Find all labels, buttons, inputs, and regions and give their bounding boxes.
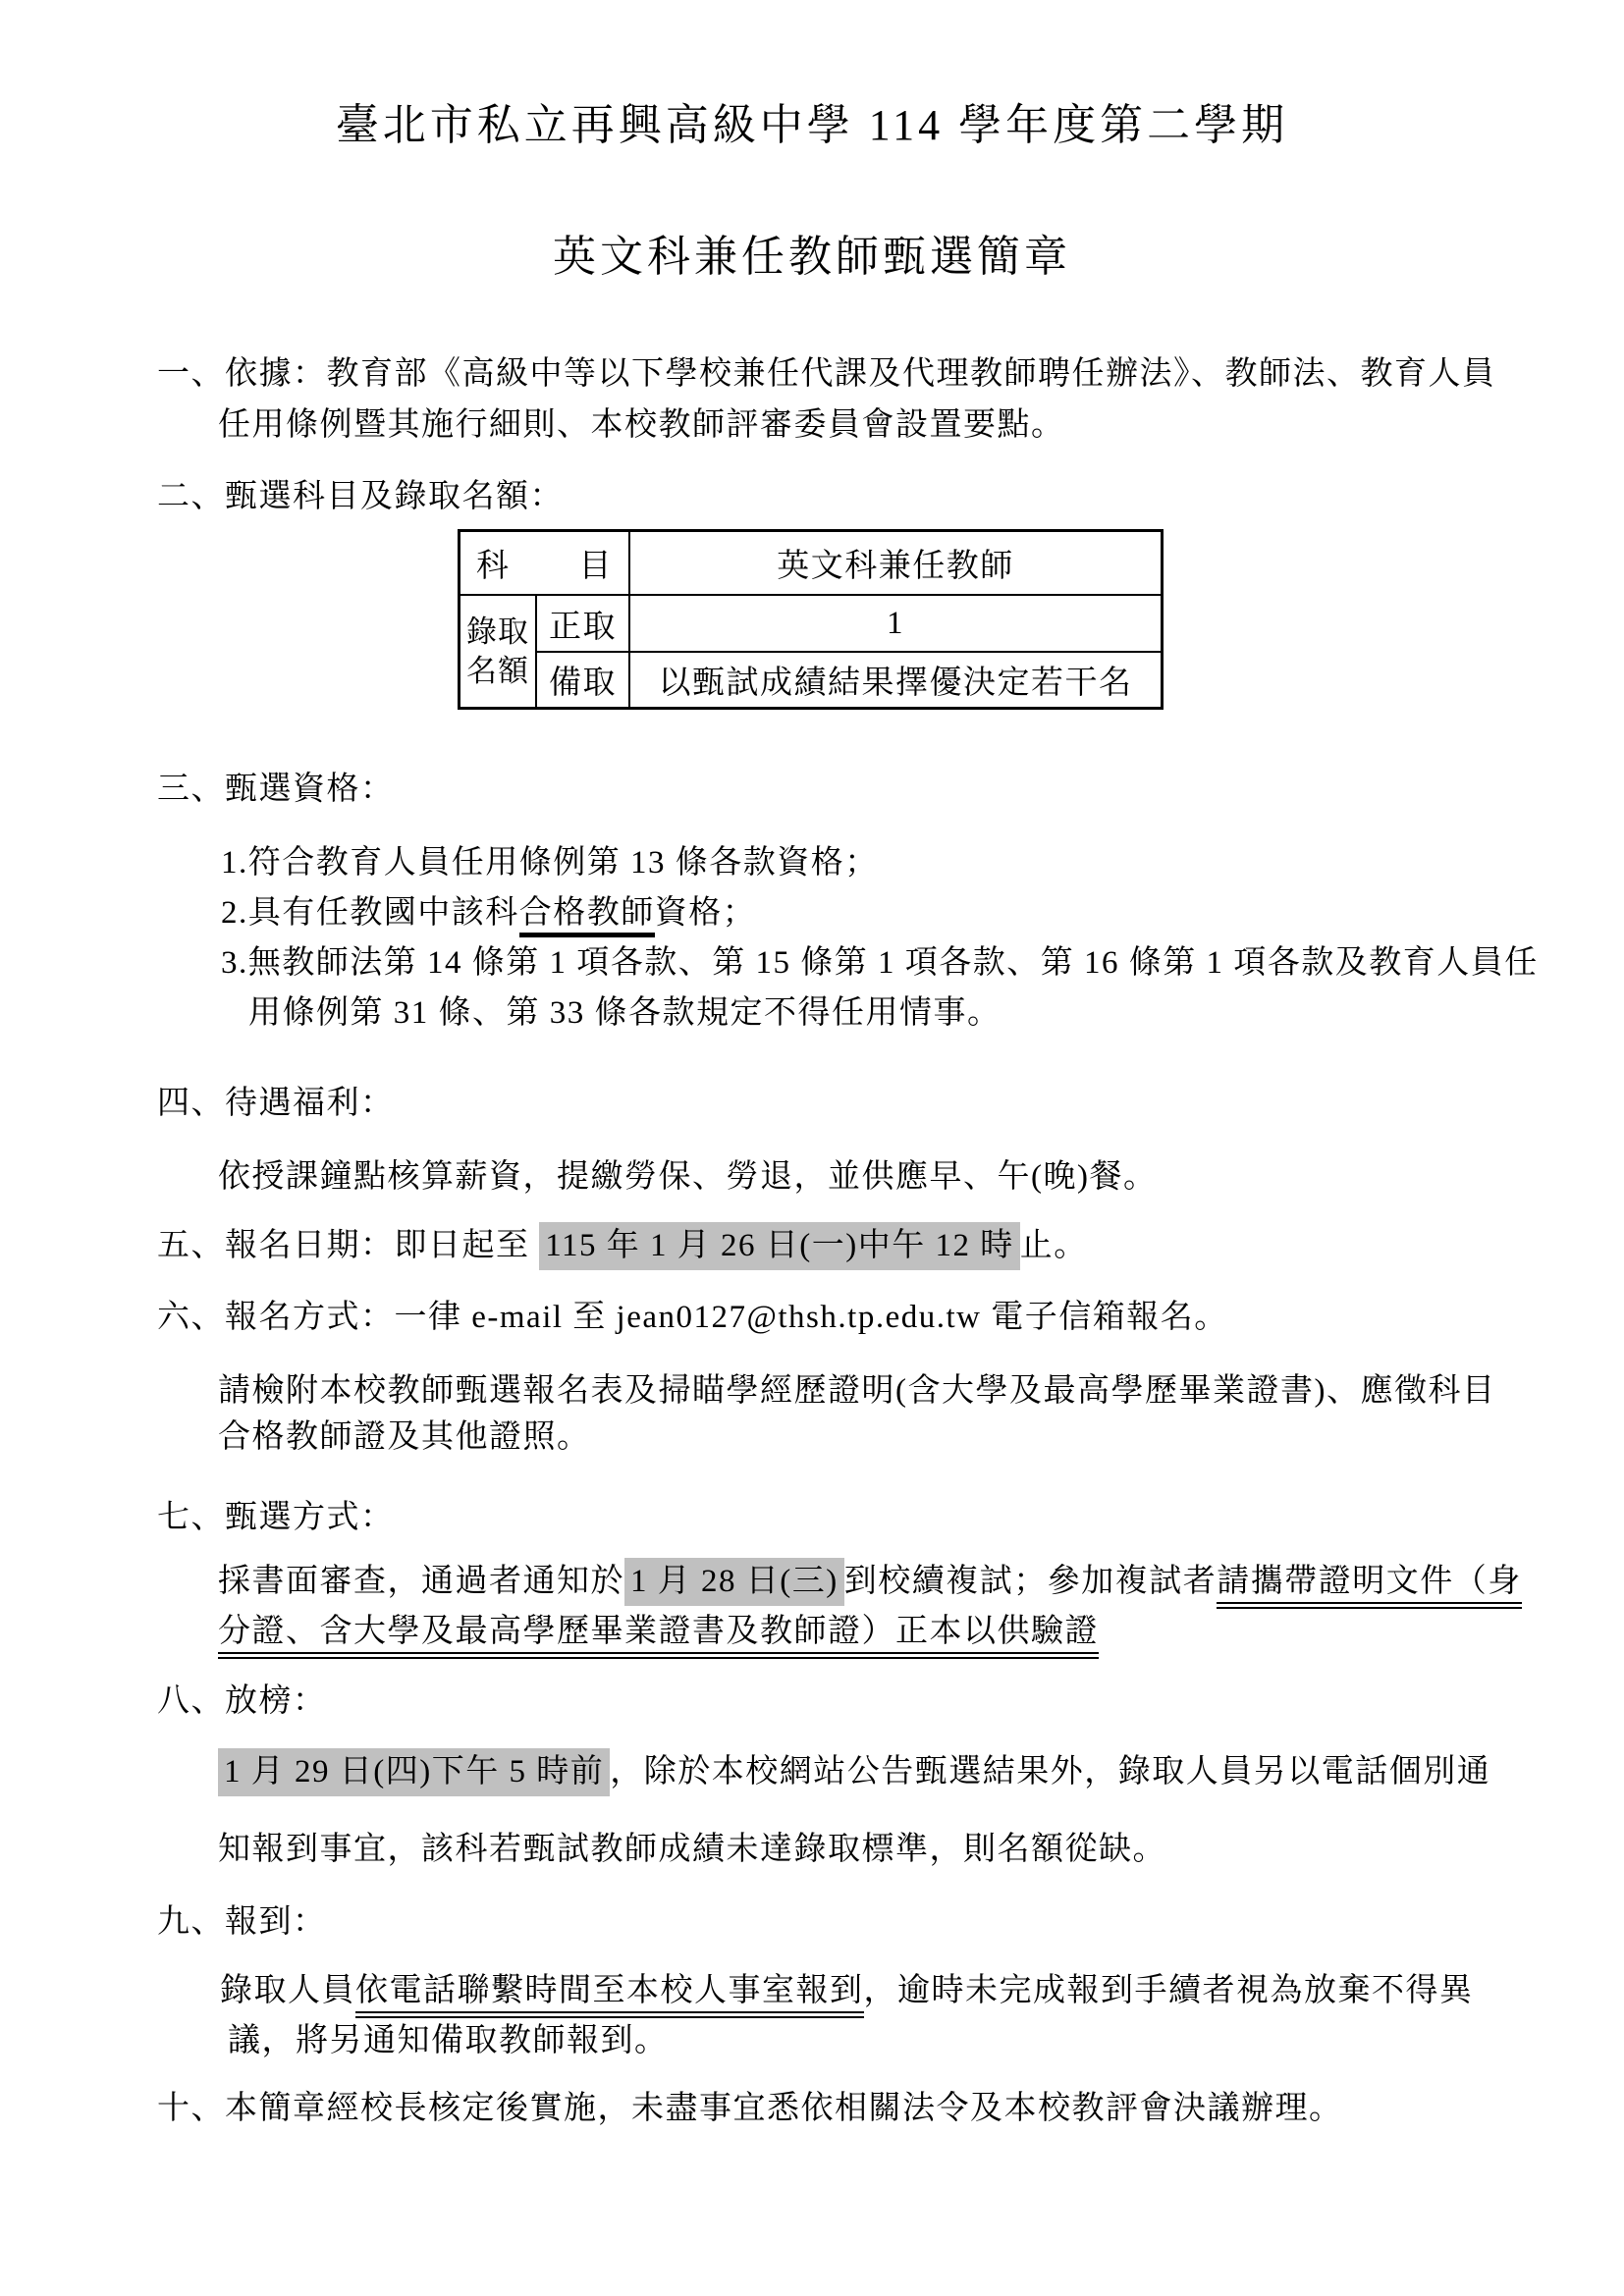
section-6-method-line1: 六、報名方式：一律 e-mail 至 jean0127@thsh.tp.edu.…: [157, 1297, 1228, 1338]
section-3-item1: 1.符合教育人員任用條例第 13 條各款資格；: [221, 842, 879, 883]
section-5-number: 五、: [157, 1228, 225, 1263]
section-2-number: 二、: [157, 479, 225, 514]
section-3-item3-line1: 3.無教師法第 14 條第 1 項各款、第 15 條第 1 項各款、第 16 條…: [221, 942, 1539, 984]
doc-title-line1: 臺北市私立再興高級中學 114 學年度第二學期: [0, 100, 1624, 151]
section-7-number: 七、: [157, 1500, 225, 1535]
quota-table: 科 目 英文科兼任教師 錄取 名額 正取 1 備取 以甄試成績結果擇優決定若干名: [458, 529, 1164, 710]
report-pre: 錄取人員: [220, 1973, 355, 2008]
section-3-heading: 三、甄選資格：: [157, 769, 395, 810]
report-underlined-text: 依電話聯繫時間至本校人事室報到: [355, 1973, 864, 2018]
section-7-heading: 七、甄選方式：: [157, 1497, 395, 1538]
section-5-registration-deadline: 五、報名日期：即日起至 115 年 1 月 26 日(一)中午 12 時止。: [157, 1225, 1088, 1266]
section-4-number: 四、: [157, 1086, 225, 1121]
item2-post: 資格；: [655, 895, 757, 931]
quota-header-line1: 錄取: [466, 613, 529, 652]
section-8-number: 八、: [157, 1683, 225, 1719]
table-cell-alternate-value: 以甄試成績結果擇優決定若干名: [630, 653, 1161, 707]
section-8-content-line1: 1 月 29 日(四)下午 5 時前，除於本校網站公告甄選結果外，錄取人員另以電…: [218, 1751, 1490, 1792]
section-8-heading: 八、放榜：: [157, 1681, 327, 1722]
section-1-number: 一、: [157, 356, 225, 392]
section-1-basis-line1: 一、依據：教育部《高級中等以下學校兼任代課及代理教師聘任辦法》、教師法、教育人員: [157, 353, 1496, 395]
selection-pre: 採書面審查，通過者通知於: [218, 1564, 624, 1599]
selection-mid: 到校續複試；參加複試者: [844, 1564, 1218, 1599]
table-cell-quota-header: 錄取 名額: [460, 596, 537, 707]
section-6-attachments-line2: 合格教師證及其他證照。: [218, 1416, 591, 1458]
item2-underlined-text: 合格教師: [519, 895, 655, 937]
documents-underlined-text-line2: 分證、含大學及最高學歷畢業證書及教師證）正本以供驗證: [218, 1614, 1099, 1659]
section-4-heading: 四、待遇福利：: [157, 1083, 395, 1124]
section-6-attachments-line1: 請檢附本校教師甄選報名表及掃瞄學經歷證明(含大學及最高學歷畢業證書)、應徵科目: [218, 1370, 1495, 1412]
section-9-text: 報到：: [225, 1904, 327, 1940]
section-2-text: 甄選科目及錄取名額：: [225, 479, 564, 514]
report-post: ，逾時未完成報到手續者視為放棄不得異: [864, 1973, 1474, 2008]
documents-underlined-text-line1: 請攜帶證明文件（身: [1217, 1564, 1522, 1609]
item2-pre: 2.具有任教國中該科: [221, 895, 519, 931]
section-6-email-text: 報名方式：一律 e-mail 至 jean0127@thsh.tp.edu.tw…: [225, 1300, 1228, 1335]
subject-header-right: 目: [579, 540, 614, 586]
section-3-number: 三、: [157, 772, 225, 807]
section-4-content: 依授課鐘點核算薪資，提繳勞保、勞退，並供應早、午(晚)餐。: [218, 1156, 1157, 1198]
announcement-highlighted-date: 1 月 29 日(四)下午 5 時前: [218, 1748, 610, 1796]
table-cell-regular-value: 1: [630, 596, 1161, 653]
table-cell-alternate-label: 備取: [537, 653, 630, 707]
section-4-text: 待遇福利：: [225, 1086, 395, 1121]
quota-header-line2: 名額: [466, 652, 529, 691]
section-8-text: 放榜：: [225, 1683, 327, 1719]
section-9-heading: 九、報到：: [157, 1901, 327, 1943]
deadline-post: 止。: [1020, 1228, 1088, 1263]
table-cell-subject-header: 科 目: [460, 532, 630, 596]
section-6-number: 六、: [157, 1300, 225, 1335]
deadline-pre: 報名日期：即日起至: [225, 1228, 539, 1263]
interview-highlighted-date: 1 月 28 日(三): [624, 1558, 844, 1606]
section-1-basis-line2: 任用條例暨其施行細則、本校教師評審委員會設置要點。: [218, 404, 1065, 446]
table-cell-subject-value: 英文科兼任教師: [630, 532, 1161, 596]
section-3-item2: 2.具有任教國中該科合格教師資格；: [221, 892, 756, 934]
section-9-content-line1: 錄取人員依電話聯繫時間至本校人事室報到，逾時未完成報到手續者視為放棄不得異: [220, 1970, 1474, 2011]
section-3-text: 甄選資格：: [225, 772, 395, 807]
section-10-number: 十、: [157, 2091, 225, 2126]
section-10-text: 本簡章經校長核定後實施，未盡事宜悉依相關法令及本校教評會決議辦理。: [225, 2091, 1343, 2126]
section-2-heading: 二、甄選科目及錄取名額：: [157, 476, 564, 517]
doc-title-line2: 英文科兼任教師甄選簡章: [0, 232, 1624, 283]
section-3-item3-line2: 用條例第 31 條、第 33 條各款規定不得任用情事。: [248, 992, 1001, 1034]
subject-header-left: 科: [476, 540, 511, 586]
section-7-content-line2: 分證、含大學及最高學歷畢業證書及教師證）正本以供驗證: [218, 1611, 1099, 1652]
section-7-content-line1: 採書面審查，通過者通知於1 月 28 日(三)到校續複試；參加複試者請攜帶證明文…: [218, 1561, 1522, 1602]
deadline-highlighted-date: 115 年 1 月 26 日(一)中午 12 時: [539, 1222, 1020, 1270]
section-10-final-provisions: 十、本簡章經校長核定後實施，未盡事宜悉依相關法令及本校教評會決議辦理。: [157, 2088, 1343, 2129]
section-7-text: 甄選方式：: [225, 1500, 395, 1535]
section-9-content-line2: 議，將另通知備取教師報到。: [228, 2020, 669, 2061]
table-cell-regular-label: 正取: [537, 596, 630, 653]
section-1-text: 依據：教育部《高級中等以下學校兼任代課及代理教師聘任辦法》、教師法、教育人員: [225, 356, 1496, 392]
section-8-content-line2: 知報到事宜，該科若甄試教師成績未達錄取標準，則名額從缺。: [218, 1829, 1166, 1870]
document-page: 臺北市私立再興高級中學 114 學年度第二學期 英文科兼任教師甄選簡章 一、依據…: [0, 0, 1624, 2296]
section-9-number: 九、: [157, 1904, 225, 1940]
announcement-rest: ，除於本校網站公告甄選結果外，錄取人員另以電話個別通: [610, 1754, 1490, 1789]
